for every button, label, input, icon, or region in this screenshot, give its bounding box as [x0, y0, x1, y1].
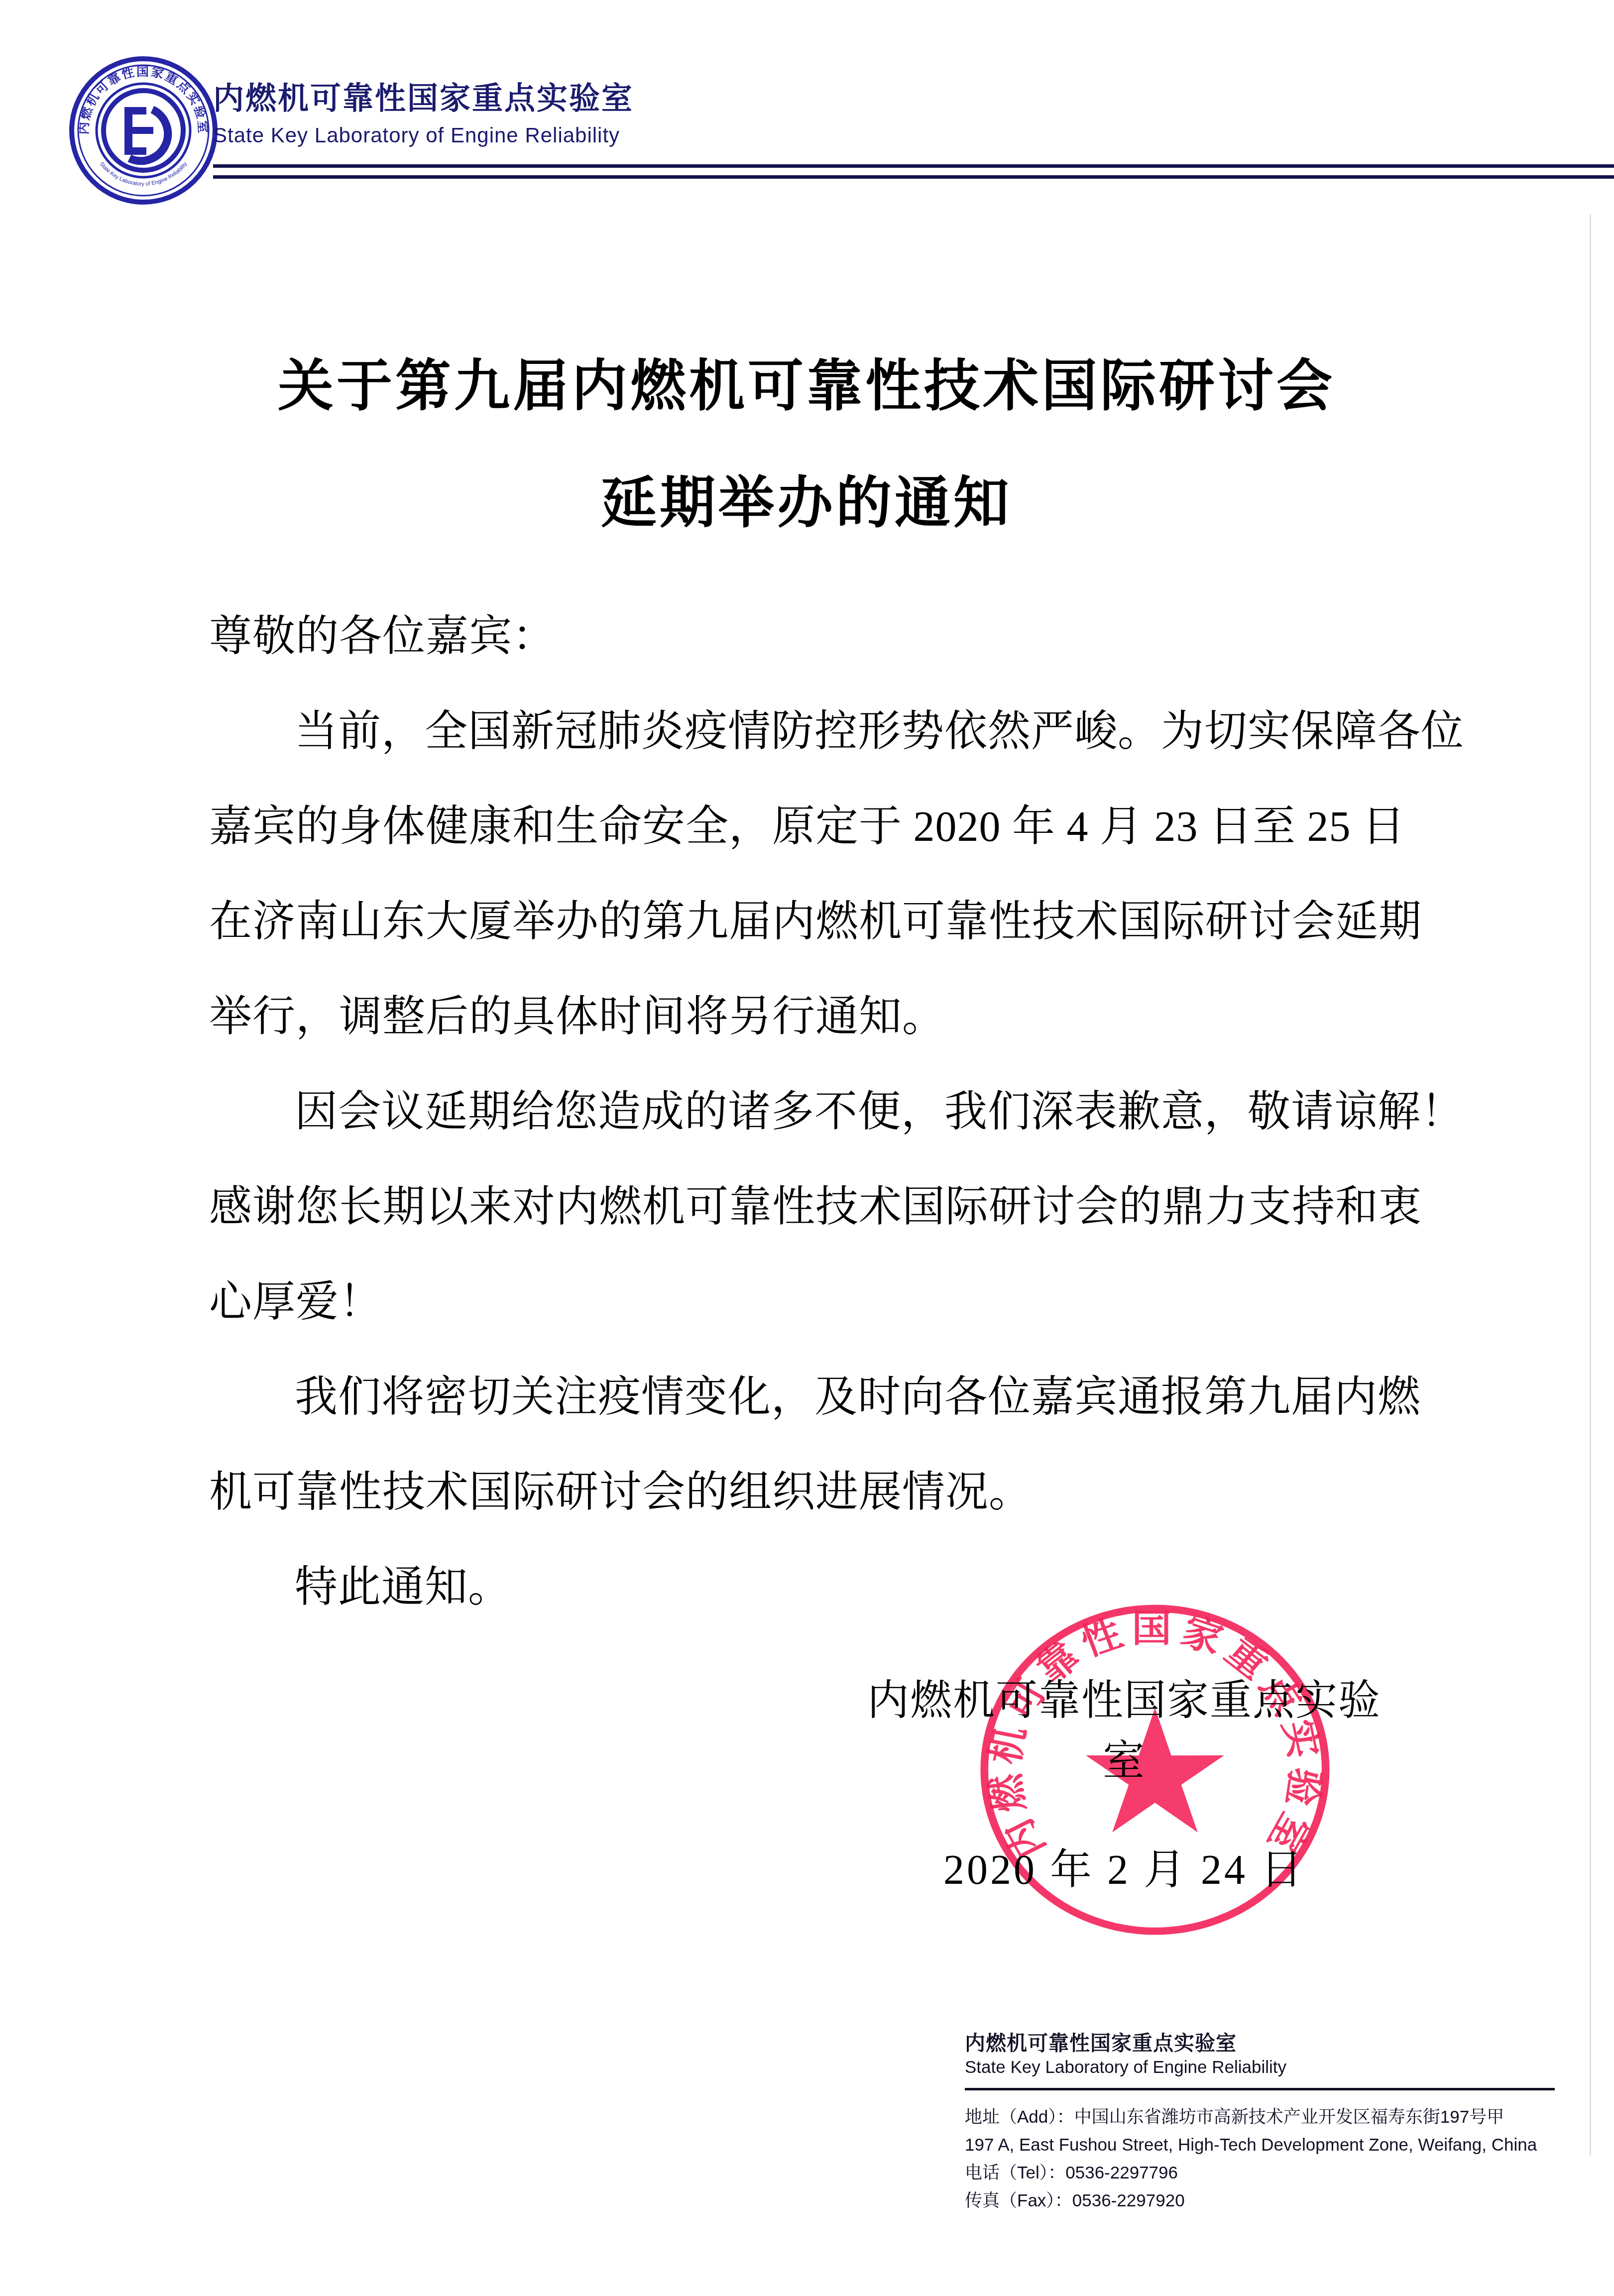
footer-tel: 电话（Tel）：0536-2297796	[965, 2159, 1565, 2187]
body-line: 心厚爱！	[209, 1255, 1408, 1350]
body-line: 当前，全国新冠肺炎疫情防控形势依然严峻。为切实保障各位	[209, 684, 1408, 779]
footer-org-name-cn: 内燃机可靠性国家重点实验室	[965, 2030, 1565, 2056]
letterhead: 内燃机可靠性国家重点实验室 State Key Laboratory of En…	[213, 80, 634, 149]
notice-title-line1: 关于第九届内燃机可靠性技术国际研讨会	[209, 329, 1404, 446]
notice-title: 关于第九届内燃机可靠性技术国际研讨会 延期举办的通知	[209, 329, 1404, 563]
lab-logo-seal-icon: 内燃机可靠性国家重点实验室 State Key Laboratory of En…	[69, 56, 218, 205]
body-line: 因会议延期给您造成的诸多不便，我们深表歉意，敬请谅解！	[209, 1064, 1408, 1159]
letterhead-org-name-en: State Key Laboratory of Engine Reliabili…	[213, 121, 634, 149]
notice-document: 内燃机可靠性国家重点实验室 State Key Laboratory of En…	[0, 0, 1614, 2296]
letterhead-rule-top	[213, 164, 1614, 168]
logo-engine-emblem-icon	[124, 107, 168, 161]
footer-contact-block: 内燃机可靠性国家重点实验室 State Key Laboratory of En…	[965, 2030, 1565, 2215]
footer-divider	[965, 2088, 1555, 2090]
footer-fax: 传真（Fax）：0536-2297920	[965, 2187, 1565, 2215]
official-red-seal-stamp: 内燃机可靠性国家重点实验室	[971, 1596, 1339, 1944]
stamp-star-icon	[1086, 1708, 1224, 1833]
body-line: 嘉宾的身体健康和生命安全，原定于 2020 年 4 月 23 日至 25 日	[209, 779, 1408, 874]
letterhead-rule-bottom	[213, 175, 1614, 179]
salutation: 尊敬的各位嘉宾：	[209, 589, 1408, 684]
footer-address-en: 197 A, East Fushou Street, High-Tech Dev…	[965, 2131, 1565, 2159]
body-line: 感谢您长期以来对内燃机可靠性技术国际研讨会的鼎力支持和衷	[209, 1159, 1408, 1255]
footer-org-name-en: State Key Laboratory of Engine Reliabili…	[965, 2056, 1565, 2079]
body-line: 举行，调整后的具体时间将另行通知。	[209, 969, 1408, 1064]
notice-body: 尊敬的各位嘉宾： 当前，全国新冠肺炎疫情防控形势依然严峻。为切实保障各位 嘉宾的…	[209, 589, 1408, 1635]
footer-address-cn: 地址（Add）：中国山东省潍坊市高新技术产业开发区福寿东街197号甲	[965, 2103, 1565, 2131]
letterhead-org-name-cn: 内燃机可靠性国家重点实验室	[213, 80, 634, 118]
body-line: 在济南山东大厦举办的第九届内燃机可靠性技术国际研讨会延期	[209, 874, 1408, 969]
scan-artifact-line	[1590, 214, 1591, 2156]
body-line: 我们将密切关注疫情变化，及时向各位嘉宾通报第九届内燃	[209, 1350, 1408, 1445]
notice-title-line2: 延期举办的通知	[209, 446, 1404, 563]
body-line: 机可靠性技术国际研讨会的组织进展情况。	[209, 1445, 1408, 1540]
